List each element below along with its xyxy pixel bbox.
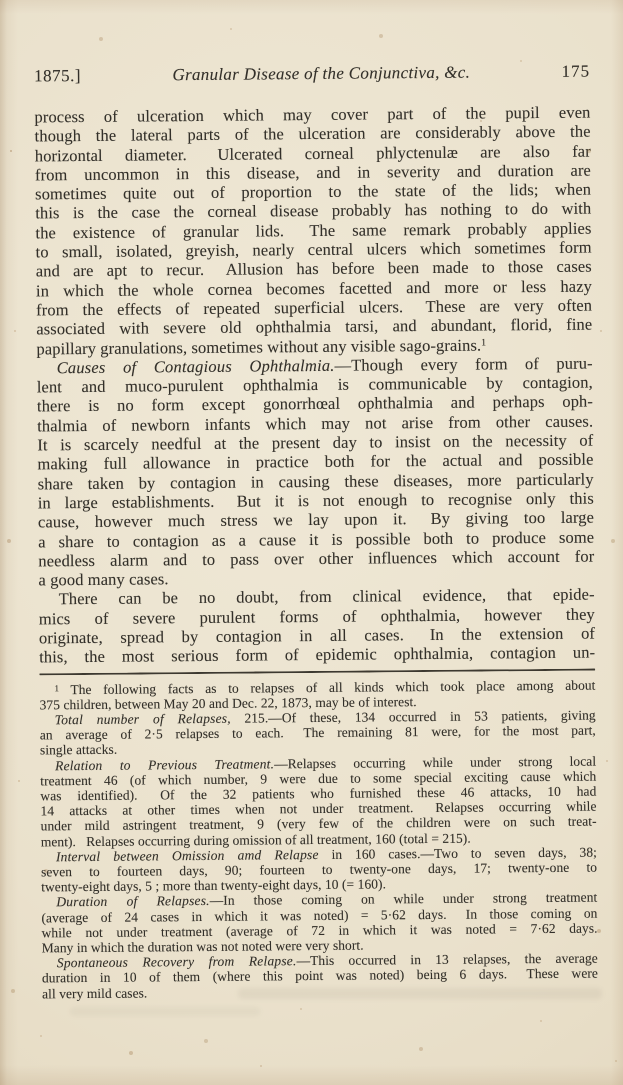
book-page-scan: 1875.] Granular Disease of the Conjuncti…	[0, 0, 623, 1085]
paragraph: Interval between Omission amd Relapse in…	[41, 844, 597, 894]
paragraph: Duration of Relapses.—In those coming on…	[41, 890, 598, 956]
paragraph: Spontaneous Recovery from Relapse.—This …	[42, 951, 598, 1001]
page-content: 1875.] Granular Disease of the Conjuncti…	[34, 62, 598, 1002]
header-title: Granular Disease of the Conjunctiva, &c.	[172, 63, 470, 86]
foxing-speckles	[10, 150, 12, 152]
footnotes: 1 The following facts as to relapses of …	[39, 677, 598, 1001]
header-year: 1875.]	[34, 66, 81, 86]
paragraph: Relation to Previous Treatment.—Relapses…	[40, 753, 597, 849]
header-page-number: 175	[561, 62, 590, 82]
show-through-smudge	[70, 1007, 260, 1016]
text-line: this, the most serious form of epidemic …	[39, 643, 595, 667]
footnote-divider	[39, 668, 595, 675]
paragraph: There can be no doubt, from clinical evi…	[39, 585, 596, 667]
paragraph: 1 The following facts as to relapses of …	[39, 677, 595, 712]
running-header: 1875.] Granular Disease of the Conjuncti…	[34, 62, 590, 87]
paragraph: process of ulceration which may cover pa…	[34, 103, 592, 359]
paragraph: Causes of Contagious Ophthalmia.—Though …	[37, 353, 595, 589]
body-text: process of ulceration which may cover pa…	[34, 103, 595, 667]
paragraph: Total number of Relapses, 215.—Of these,…	[40, 708, 596, 758]
